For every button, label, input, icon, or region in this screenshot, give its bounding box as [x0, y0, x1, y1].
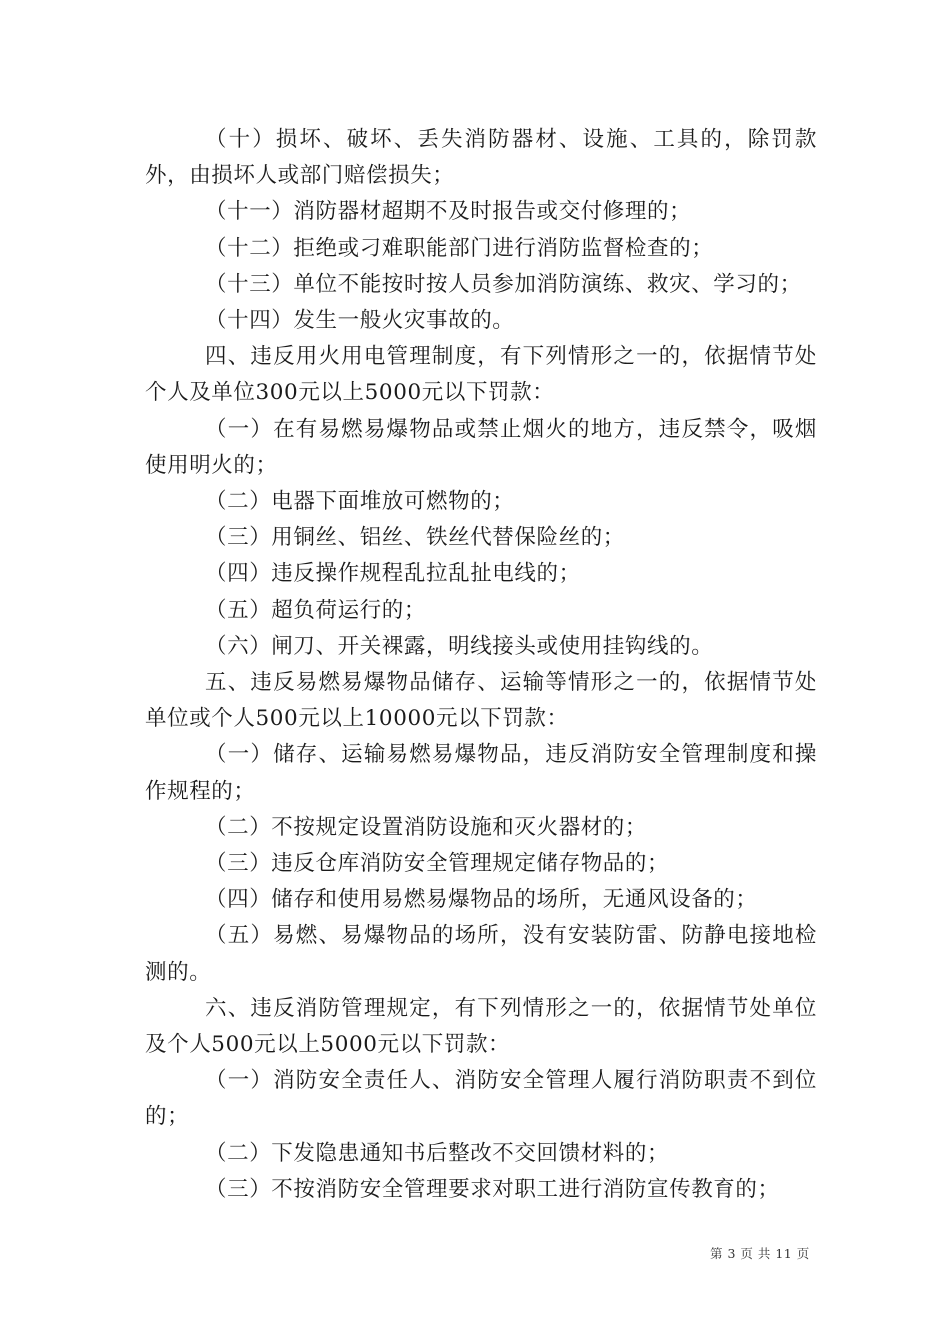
section-5-item-2: （二）不按规定设置消防设施和灭火器材的；	[145, 810, 817, 846]
section-heading-4: 四、违反用火用电管理制度，有下列情形之一的，依据情节处个人及单位300元以上50…	[145, 339, 817, 411]
section-4-item-4: （四）违反操作规程乱拉乱扯电线的；	[145, 556, 817, 592]
paragraph-item-13: （十三）单位不能按时按人员参加消防演练、救灾、学习的；	[145, 267, 817, 303]
section-6-item-1: （一）消防安全责任人、消防安全管理人履行消防职责不到位的；	[145, 1063, 817, 1135]
section-5-item-3: （三）违反仓库消防安全管理规定储存物品的；	[145, 846, 817, 882]
section-5-item-4: （四）储存和使用易燃易爆物品的场所，无通风设备的；	[145, 882, 817, 918]
section-5-item-5: （五）易燃、易爆物品的场所，没有安装防雷、防静电接地检测的。	[145, 918, 817, 990]
section-4-item-6: （六）闸刀、开关裸露，明线接头或使用挂钩线的。	[145, 629, 817, 665]
section-4-item-2: （二）电器下面堆放可燃物的；	[145, 484, 817, 520]
paragraph-item-11: （十一）消防器材超期不及时报告或交付修理的；	[145, 194, 817, 230]
section-4-item-3: （三）用铜丝、铝丝、铁丝代替保险丝的；	[145, 520, 817, 556]
section-5-item-1: （一）储存、运输易燃易爆物品，违反消防安全管理制度和操作规程的；	[145, 737, 817, 809]
paragraph-item-12: （十二）拒绝或刁难职能部门进行消防监督检查的；	[145, 231, 817, 267]
section-4-item-1: （一）在有易燃易爆物品或禁止烟火的地方，违反禁令，吸烟使用明火的；	[145, 412, 817, 484]
section-6-item-3: （三）不按消防安全管理要求对职工进行消防宣传教育的；	[145, 1172, 817, 1208]
document-body: （十）损坏、破坏、丢失消防器材、设施、工具的，除罚款外，由损坏人或部门赔偿损失；…	[145, 122, 817, 1208]
section-heading-6: 六、违反消防管理规定，有下列情形之一的，依据情节处单位及个人500元以上5000…	[145, 991, 817, 1063]
section-6-item-2: （二）下发隐患通知书后整改不交回馈材料的；	[145, 1136, 817, 1172]
page-number-footer: 第 3 页 共 11 页	[710, 1244, 810, 1262]
paragraph-item-10: （十）损坏、破坏、丢失消防器材、设施、工具的，除罚款外，由损坏人或部门赔偿损失；	[145, 122, 817, 194]
section-heading-5: 五、违反易燃易爆物品储存、运输等情形之一的，依据情节处单位或个人500元以上10…	[145, 665, 817, 737]
paragraph-item-14: （十四）发生一般火灾事故的。	[145, 303, 817, 339]
section-4-item-5: （五）超负荷运行的；	[145, 593, 817, 629]
